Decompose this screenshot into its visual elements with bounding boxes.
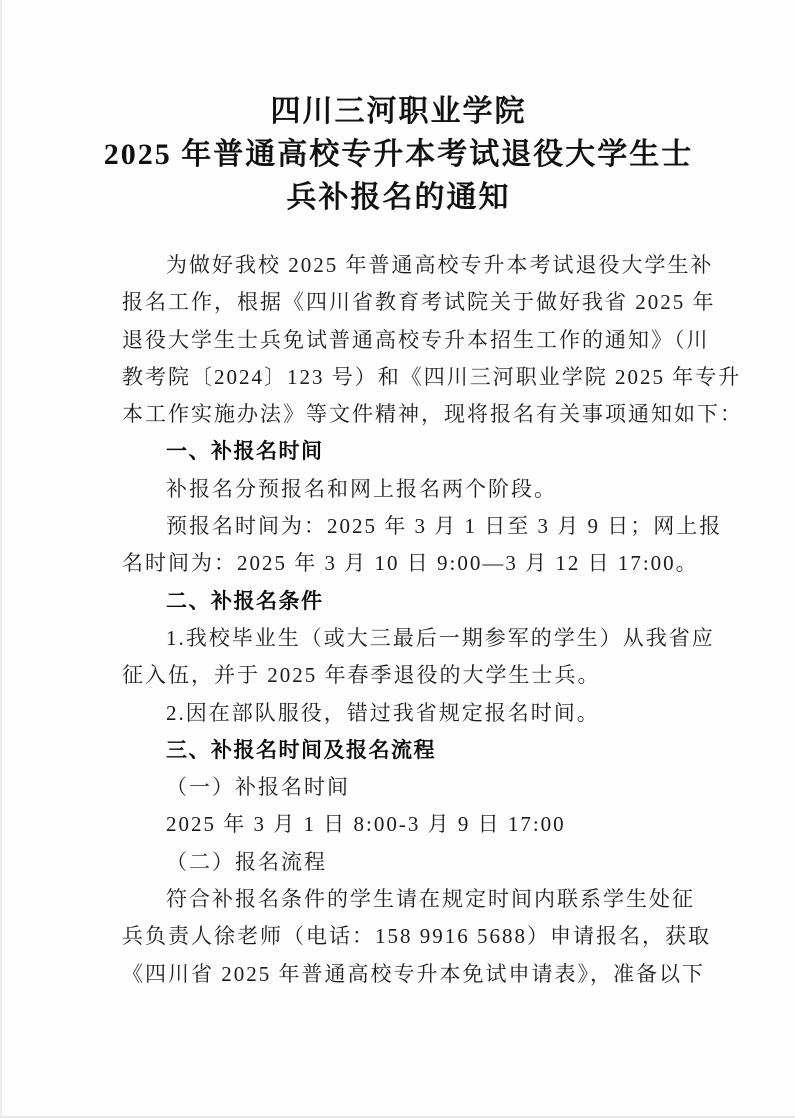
sub-heading: （二）报名流程 [122, 844, 680, 881]
text-line: 名时间为：2025 年 3 月 10 日 9:00—3 月 12 日 17:00… [122, 545, 680, 582]
text-line: 补报名分预报名和网上报名两个阶段。 [122, 471, 680, 508]
document-body: 为做好我校 2025 年普通高校专升本考试退役大学生补报名工作，根据《四川省教育… [122, 247, 680, 993]
text-line: 预报名时间为：2025 年 3 月 1 日至 3 月 9 日；网上报 [122, 508, 680, 545]
text-line: 2025 年 3 月 1 日 8:00-3 月 9 日 17:00 [122, 806, 680, 843]
text-line: 兵负责人徐老师（电话：158 9916 5688）申请报名，获取 [122, 918, 680, 955]
sub-heading: （一）补报名时间 [122, 769, 680, 806]
document-title: 四川三河职业学院 2025 年普通高校专升本考试退役大学生士 兵补报名的通知 [2, 90, 795, 219]
title-line: 四川三河职业学院 [62, 90, 735, 133]
title-line: 2025 年普通高校专升本考试退役大学生士 [62, 133, 735, 176]
text-line: 1.我校毕业生（或大三最后一期参军的学生）从我省应 [122, 620, 680, 657]
text-line: 征入伍，并于 2025 年春季退役的大学生士兵。 [122, 657, 680, 694]
section-heading: 三、补报名时间及报名流程 [122, 732, 680, 769]
text-line: 教考院〔2024〕123 号）和《四川三河职业学院 2025 年专升 [122, 359, 680, 396]
document-page: 四川三河职业学院 2025 年普通高校专升本考试退役大学生士 兵补报名的通知 为… [0, 0, 795, 1118]
text-line: 《四川省 2025 年普通高校专升本免试申请表》，准备以下 [122, 956, 680, 993]
text-line: 符合补报名条件的学生请在规定时间内联系学生处征 [122, 881, 680, 918]
text-line: 本工作实施办法》等文件精神，现将报名有关事项通知如下： [122, 396, 680, 433]
section-heading: 二、补报名条件 [122, 583, 680, 620]
section-heading: 一、补报名时间 [122, 433, 680, 470]
text-line: 2.因在部队服役，错过我省规定报名时间。 [122, 695, 680, 732]
text-line: 为做好我校 2025 年普通高校专升本考试退役大学生补 [122, 247, 680, 284]
text-line: 报名工作，根据《四川省教育考试院关于做好我省 2025 年 [122, 284, 680, 321]
title-line: 兵补报名的通知 [62, 176, 735, 219]
text-line: 退役大学生士兵免试普通高校专升本招生工作的通知》（川 [122, 322, 680, 359]
